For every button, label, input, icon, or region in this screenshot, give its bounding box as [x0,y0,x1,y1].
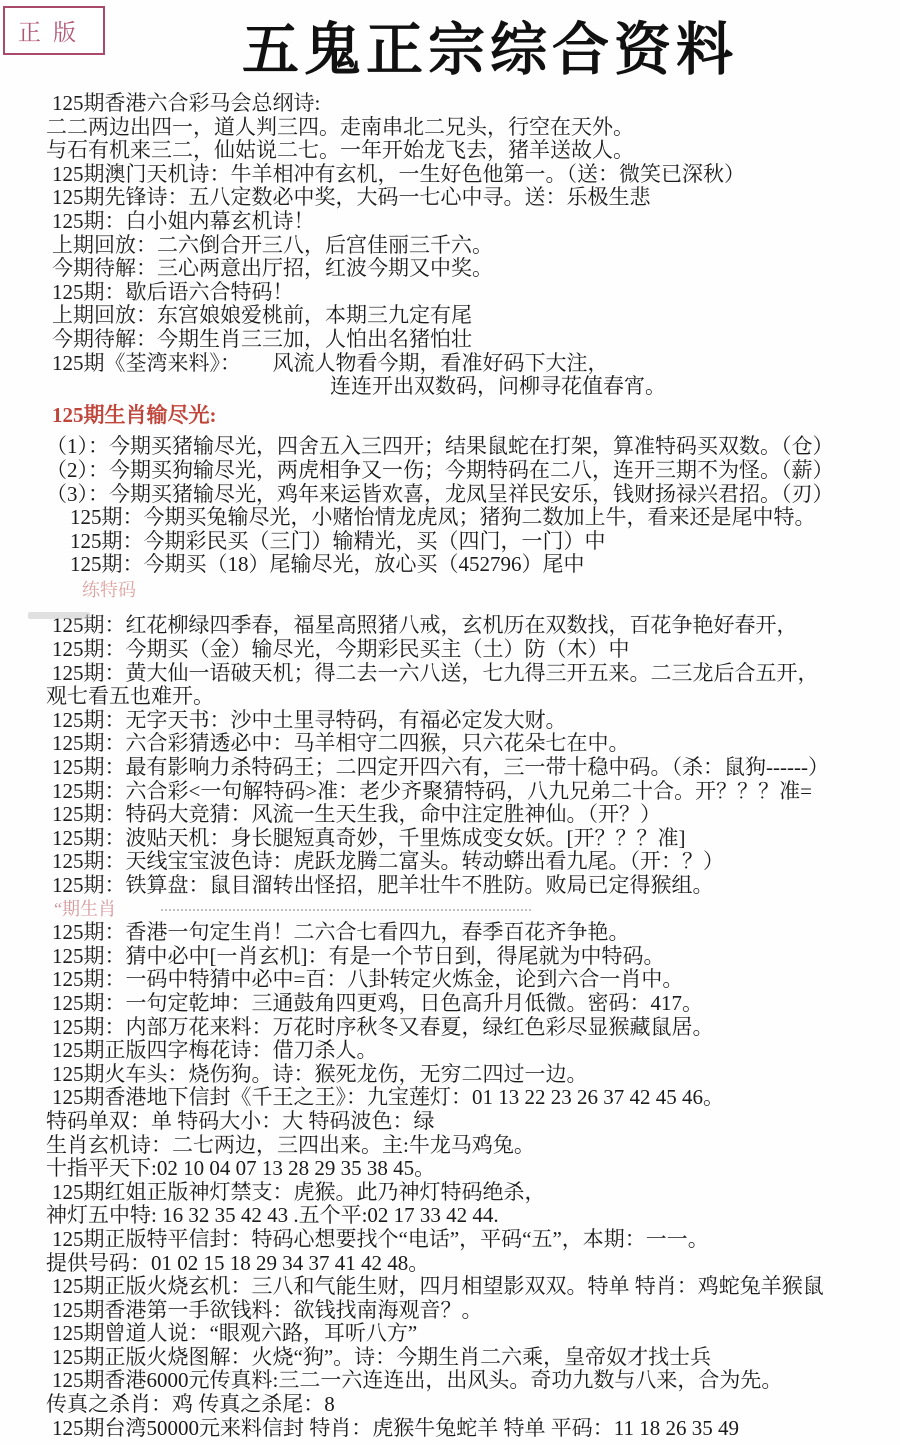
text-line: 125期正版四字梅花诗：借刀杀人。 [52,1039,894,1063]
text-line: （2）：今期买狗输尽光，两虎相争又一伤；今期特码在二八，连开三期不为怪。（薪） [46,459,894,483]
text-line: 125期台湾50000元来料信封 特肖：虎猴牛兔蛇羊 特单 平码：11 18 2… [52,1417,894,1441]
text-line: 125期：铁算盘：鼠目溜转出怪招，肥羊壮牛不胜防。败局已定得猴组。 [52,874,894,898]
content: 125期香港六合彩马会总纲诗:二二两边出四一，道人判三四。走南串北二兄头，行空在… [0,82,900,1440]
text-line: 125期香港6000元传真料:三二一六连连出，出风头。奇功九数与八来，合为先。 [52,1369,894,1393]
text-line: 125期先锋诗：五八定数必中奖，大码一七心中寻。送：乐极生悲 [52,186,894,210]
text-line: 125期：猜中必中[一肖玄机]：有是一个节日到，得尾就为中特码。 [52,945,894,969]
text-line: （3）：今期买猪输尽光，鸡年来运皆欢喜，龙凤呈祥民安乐，钱财扬禄兴君招。（刃） [46,483,894,507]
text-line: 125期澳门天机诗：牛羊相冲有玄机，一生好色他第一。（送：微笑已深秋） [52,163,894,187]
text-line: 125期：一句定乾坤：三通鼓角四更鸡，日色高升月低微。密码：417。 [52,992,894,1016]
text-line: 上期回放：东宫娘娘爱桃前，本期三九定有尾 [52,304,894,328]
text-line: 125期正版火烧图解：火烧“狗”。诗：今期生肖二六乘，皇帝奴才找士兵 [52,1346,894,1370]
text-line: 125期正版特平信封：特码心想要找个“电话”，平码“五”，本期：一一。 [52,1228,894,1252]
text-line: 125期：白小姐内幕玄机诗！ [52,210,894,234]
text-line: 观七看五也难开。 [46,685,894,709]
text-line: “期生肖 [54,898,894,922]
text-line: 125期正版火烧玄机：三八和气能生财，四月相望影双双。特单 特肖：鸡蛇兔羊猴鼠 [52,1275,894,1299]
text-line: 今期待解：三心两意出厅招，红波今期又中奖。 [52,257,894,281]
text-line: 125期生肖输尽光: [52,404,894,428]
text-line: 125期：一码中特猜中必中=百：八卦转定火炼金，论到六合一肖中。 [52,968,894,992]
text-line: 二二两边出四一，道人判三四。走南串北二兄头，行空在天外。 [46,116,894,140]
text-line: 上期回放：二六倒合开三八，后宫佳丽三千六。 [52,234,894,258]
text-line: 125期：今期彩民买（三门）输精光，买（四门，一门）中 [70,530,894,554]
text-line: （1）：今期买猪输尽光，四舍五入三四开；结果鼠蛇在打架，算准特码买双数。（仓） [46,435,894,459]
page-title: 五鬼正宗综合资料 [40,0,900,82]
document-page: 正版 五鬼正宗综合资料 125期香港六合彩马会总纲诗:二二两边出四一，道人判三四… [0,0,900,1445]
text-line: 与石有机来三二，仙姑说二七。一年开始龙飞去，猪羊送故人。 [46,139,894,163]
text-line: 125期：歇后语六合特码！ [52,281,894,305]
text-line: 125期：红花柳绿四季春，福星高照猪八戒，玄机历在双数找，百花争艳好春开， [52,614,894,638]
text-line: 传真之杀肖：鸡 传真之杀尾：8 [46,1393,894,1417]
text-line: 125期红姐正版神灯禁支：虎猴。此乃神灯特码绝杀， [52,1181,894,1205]
text-line: 今期待解：今期生肖三三加，人怕出名猪怕壮 [52,328,894,352]
text-line: 125期：天线宝宝波色诗：虎跃龙腾二富头。转动蟒出看九尾。（开：？） [52,850,894,874]
text-line: 125期：波贴天机：身长腿短真奇妙，千里炼成变女妖。[开？？？准] [52,827,894,851]
text-line: 125期香港地下信封《千王之王》：九宝莲灯：01 13 22 23 26 37 … [52,1086,894,1110]
text-line: 125期：今期买兔输尽光，小赌怡情龙虎凤；猪狗二数加上牛，看来还是尾中特。 [70,506,894,530]
text-line: 十指平天下:02 10 04 07 13 28 29 35 38 45。 [46,1157,894,1181]
text-line: 神灯五中特: 16 32 35 42 43 .五个平:02 17 33 42 4… [46,1204,894,1228]
text-line: 生肖玄机诗：二七两边，三四出来。主:牛龙马鸡兔。 [46,1134,894,1158]
text-line: 连连开出双数码，问柳寻花值春宵。 [330,375,894,399]
text-line: 125期：特码大竞猜：风流一生天生我，命中注定胜神仙。（开？） [52,803,894,827]
text-line: 125期火车头：烧伤狗。诗：猴死龙伤，无穷二四过一边。 [52,1063,894,1087]
scan-artifact [28,612,90,619]
text-line: 125期曾道人说：“眼观六路，耳听八方” [52,1322,894,1346]
text-line: 125期：无字天书：沙中土里寻特码，有福必定发大财。 [52,709,894,733]
text-line: 125期：香港一句定生肖！二六合七看四九，春季百花齐争艳。 [52,921,894,945]
text-line: 125期：今期买（金）输尽光，今期彩民买主（土）防（木）中 [52,638,894,662]
text-line: 125期《荃湾来料》： 风流人物看今期，看准好码下大注， [52,352,894,376]
text-line: 125期：最有影响力杀特码王；二四定开四六有，三一带十稳中码。（杀：鼠狗----… [52,756,894,780]
text-line: 提供号码：01 02 15 18 29 34 37 41 42 48。 [46,1252,894,1276]
text-line: 125期：黄大仙一语破天机；得二去一六八送，七九得三开五来。二三龙后合五开， [52,662,894,686]
text-line: 125期香港第一手欲钱料：欲钱找南海观音？。 [52,1299,894,1323]
text-line: 125期：今期买（18）尾输尽光，放心买（452796）尾中 [70,553,894,577]
text-line: 125期：内部万花来料：万花时序秋冬又春夏，绿红色彩尽显猴藏鼠居。 [52,1016,894,1040]
text-line: 125期：六合彩<一句解特码>准：老少齐聚猜特码，八九兄弟二十合。开？？？准= [52,780,894,804]
text-line: 125期：六合彩猜透必中：马羊相守二四猴，只六花朵七在中。 [52,732,894,756]
text-line: 练特码 [82,579,894,603]
text-line: 125期香港六合彩马会总纲诗: [52,92,894,116]
text-line: 特码单双：单 特码大小：大 特码波色：绿 [46,1110,894,1134]
